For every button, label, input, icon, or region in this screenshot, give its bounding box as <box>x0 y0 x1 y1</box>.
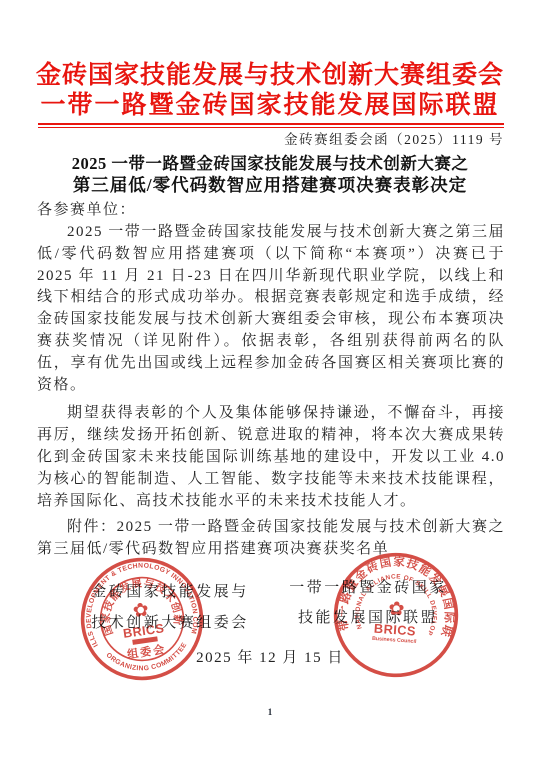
body-paragraph-2: 期望获得表彰的个人及集体能够保持谦逊，不懈奋斗，再接再厉，继续发扬开拓创新、锐意… <box>37 403 505 512</box>
salutation: 各参赛单位： <box>37 200 505 222</box>
document-title-line1: 2025 一带一路暨金砖国家技能发展与技术创新大赛之 <box>0 153 540 174</box>
page-number: 1 <box>0 707 540 717</box>
letterhead-double-rule <box>38 123 504 128</box>
official-document-page: 金砖国家技能发展与技术创新大赛组委会 一带一路暨金砖国家技能发展国际联盟 金砖赛… <box>0 0 540 766</box>
organizing-committee-seal-icon: BRICS SKILLS DEVELOPMENT & TECHNOLOGY IN… <box>71 548 213 690</box>
body-paragraph-1: 2025 一带一路暨金砖国家技能发展与技术创新大赛之第三届低/零代码数智应用搭建… <box>37 222 505 396</box>
document-date: 2025 年 12 月 15 日 <box>0 646 540 667</box>
seal-brand-text: BRICS <box>122 621 165 641</box>
letterhead: 金砖国家技能发展与技术创新大赛组委会 一带一路暨金砖国家技能发展国际联盟 金砖赛… <box>0 0 540 148</box>
letterhead-org-line2: 一带一路暨金砖国家技能发展国际联盟 <box>0 90 540 120</box>
flower-emblem-icon: ✿ <box>132 599 151 622</box>
document-reference-number: 金砖赛组委会函（2025）1119 号 <box>0 132 504 148</box>
flower-emblem-icon: ✿ <box>388 598 406 620</box>
letterhead-org-line1: 金砖国家技能发展与技术创新大赛组委会 <box>0 60 540 90</box>
document-title-line2: 第三届低/零代码数智应用搭建赛项决赛表彰决定 <box>0 174 540 197</box>
signature-area: 金砖国家技能发展与 技术创新大赛组委会 一带一路暨金砖国家 技能发展国际联盟 B… <box>0 550 540 710</box>
